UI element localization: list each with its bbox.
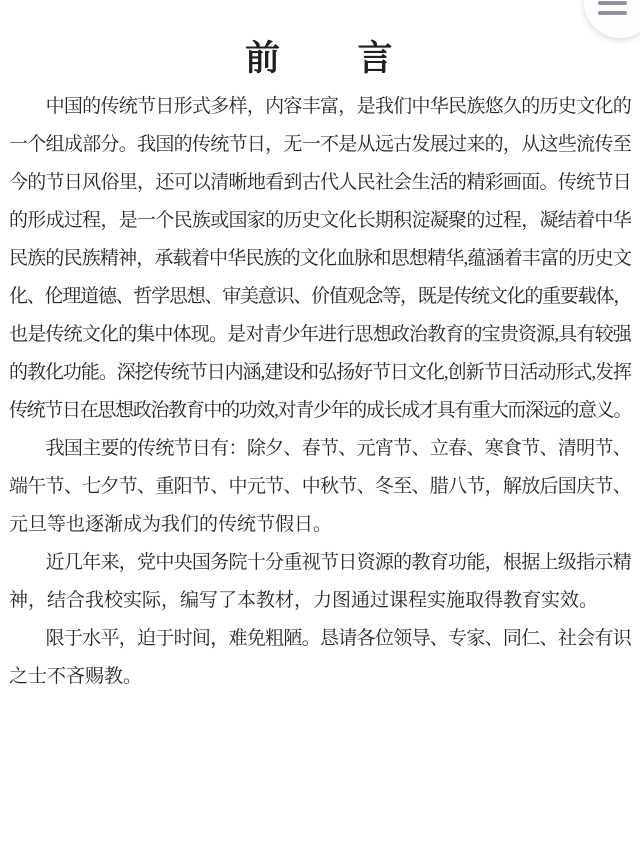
text-line: 中国的传统节日形式多样，内容丰富，是我们中华民族悠久的历史文化的	[9, 88, 631, 126]
paragraph: 中国的传统节日形式多样，内容丰富，是我们中华民族悠久的历史文化的一个组成部分。我…	[9, 88, 631, 430]
text-line: 的教化功能。深挖传统节日内涵,建设和弘扬好节日文化,创新节日活动形式,发挥	[9, 354, 631, 392]
document-page: 前 言 中国的传统节日形式多样，内容丰富，是我们中华民族悠久的历史文化的一个组成…	[0, 0, 640, 849]
paragraph: 近几年来，党中央国务院十分重视节日资源的教育功能，根据上级指示精神，结合我校实际…	[9, 544, 631, 620]
text-line: 端午节、七夕节、重阳节、中元节、中秋节、冬至、腊八节，解放后国庆节、	[9, 468, 631, 506]
menu-button[interactable]	[584, 0, 640, 38]
text-line: 也是传统文化的集中体现。是对青少年进行思想政治教育的宝贵资源,具有较强	[9, 316, 631, 354]
text-line: 限于水平，迫于时间，难免粗陋。恳请各位领导、专家、同仁、社会有识	[9, 620, 631, 658]
text-line: 的形成过程，是一个民族或国家的历史文化长期积淀凝聚的过程，凝结着中华	[9, 202, 631, 240]
paragraph: 我国主要的传统节日有：除夕、春节、元宵节、立春、寒食节、清明节、端午节、七夕节、…	[9, 430, 631, 544]
page-title: 前 言	[0, 41, 640, 77]
menu-bar	[598, 1, 627, 5]
paragraph: 限于水平，迫于时间，难免粗陋。恳请各位领导、专家、同仁、社会有识之士不吝赐教。	[9, 620, 631, 696]
text-line: 近几年来，党中央国务院十分重视节日资源的教育功能，根据上级指示精	[9, 544, 631, 582]
text-line: 化、伦理道德、哲学思想、审美意识、价值观念等，既是传统文化的重要载体，	[9, 278, 631, 316]
hamburger-menu-icon	[584, 0, 640, 38]
text-line: 一个组成部分。我国的传统节日，无一不是从远古发展过来的，从这些流传至	[9, 126, 631, 164]
text-line: 传统节日在思想政治教育中的功效,对青少年的成长成才具有重大而深远的意义。	[9, 392, 631, 430]
text-line: 元旦等也逐渐成为我们的传统节假日。	[9, 506, 631, 544]
text-line: 民族的民族精神，承载着中华民族的文化血脉和思想精华,蕴涵着丰富的历史文	[9, 240, 631, 278]
text-line: 今的节日风俗里，还可以清晰地看到古代人民社会生活的精彩画面。传统节日	[9, 164, 631, 202]
text-line: 之士不吝赐教。	[9, 658, 631, 696]
menu-bar	[598, 11, 627, 15]
text-line: 我国主要的传统节日有：除夕、春节、元宵节、立春、寒食节、清明节、	[9, 430, 631, 468]
document-body: 中国的传统节日形式多样，内容丰富，是我们中华民族悠久的历史文化的一个组成部分。我…	[9, 88, 631, 696]
text-line: 神，结合我校实际，编写了本教材，力图通过课程实施取得教育实效。	[9, 582, 631, 620]
